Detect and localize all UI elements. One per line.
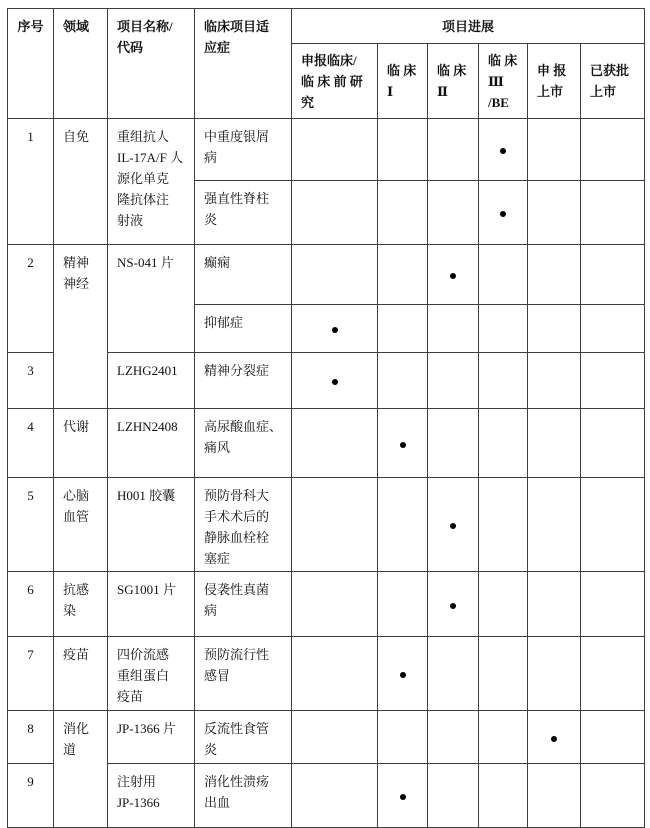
cell-stage-1 — [378, 711, 428, 764]
cell-indication: 消化性溃疡 出血 — [195, 764, 292, 828]
cell-stage-1 — [378, 181, 428, 245]
cell-stage-2 — [428, 353, 479, 409]
cell-stage-4 — [528, 637, 581, 711]
cell-indication: 精神分裂症 — [195, 353, 292, 409]
cell-name: LZHG2401 — [108, 353, 195, 409]
cell-stage-3 — [479, 181, 528, 245]
cell-stage-4 — [528, 119, 581, 181]
cell-indication: 高尿酸血症、 痛风 — [195, 409, 292, 478]
cell-stage-4 — [528, 245, 581, 305]
cell-name: 四价流感 重组蛋白 疫苗 — [108, 637, 195, 711]
cell-name: 注射用 JP-1366 — [108, 764, 195, 828]
cell-stage-5 — [581, 572, 645, 637]
cell-stage-3 — [479, 764, 528, 828]
cell-stage-2 — [428, 764, 479, 828]
cell-stage-2 — [428, 637, 479, 711]
cell-stage-5 — [581, 245, 645, 305]
cell-stage-5 — [581, 353, 645, 409]
cell-stage-4 — [528, 764, 581, 828]
header-stage-approved: 已获批 上市 — [581, 44, 645, 119]
cell-stage-1 — [378, 119, 428, 181]
cell-stage-3 — [479, 711, 528, 764]
cell-stage-0 — [292, 305, 378, 353]
cell-field: 代谢 — [54, 409, 108, 478]
cell-indication: 抑郁症 — [195, 305, 292, 353]
cell-stage-2 — [428, 305, 479, 353]
cell-stage-1 — [378, 478, 428, 572]
cell-stage-4 — [528, 572, 581, 637]
cell-name: JP-1366 片 — [108, 711, 195, 764]
cell-no: 6 — [8, 572, 54, 637]
cell-stage-5 — [581, 305, 645, 353]
cell-name: LZHN2408 — [108, 409, 195, 478]
progress-dot — [450, 603, 456, 609]
cell-stage-5 — [581, 478, 645, 572]
table-row: 5 心脑 血管 H001 胶囊 预防骨科大 手术术后的 静脉血栓栓 塞症 — [8, 478, 645, 572]
progress-dot — [400, 672, 406, 678]
table-row: 6 抗感 染 SG1001 片 侵袭性真菌 病 — [8, 572, 645, 637]
cell-no: 7 — [8, 637, 54, 711]
cell-stage-3 — [479, 119, 528, 181]
cell-stage-1 — [378, 245, 428, 305]
cell-stage-5 — [581, 637, 645, 711]
cell-stage-5 — [581, 409, 645, 478]
progress-dot — [500, 148, 506, 154]
cell-stage-3 — [479, 478, 528, 572]
progress-dot — [332, 379, 338, 385]
cell-indication: 预防流行性 感冒 — [195, 637, 292, 711]
cell-stage-0 — [292, 478, 378, 572]
header-stage-phase3-be: 临 床 Ⅲ /BE — [479, 44, 528, 119]
header-field: 领域 — [54, 9, 108, 119]
cell-no: 1 — [8, 119, 54, 245]
header-stage-nda: 申 报 上市 — [528, 44, 581, 119]
progress-dot — [400, 794, 406, 800]
header-stage-phase1: 临 床 Ⅰ — [378, 44, 428, 119]
cell-stage-2 — [428, 181, 479, 245]
cell-stage-0 — [292, 572, 378, 637]
cell-stage-0 — [292, 711, 378, 764]
progress-dot — [400, 442, 406, 448]
progress-dot — [500, 211, 506, 217]
cell-stage-0 — [292, 353, 378, 409]
table-row: 8 消化 道 JP-1366 片 反流性食管 炎 — [8, 711, 645, 764]
cell-stage-3 — [479, 245, 528, 305]
cell-stage-1 — [378, 305, 428, 353]
cell-stage-0 — [292, 181, 378, 245]
cell-stage-2 — [428, 409, 479, 478]
cell-indication: 反流性食管 炎 — [195, 711, 292, 764]
cell-indication: 强直性脊柱 炎 — [195, 181, 292, 245]
cell-field: 心脑 血管 — [54, 478, 108, 572]
cell-indication: 侵袭性真菌 病 — [195, 572, 292, 637]
document-page: 序号 领域 项目名称/ 代码 临床项目适 应症 项目进展 申报临床/ 临 床 前… — [0, 0, 650, 827]
header-no: 序号 — [8, 9, 54, 119]
cell-stage-3 — [479, 353, 528, 409]
cell-stage-4 — [528, 181, 581, 245]
pipeline-table: 序号 领域 项目名称/ 代码 临床项目适 应症 项目进展 申报临床/ 临 床 前… — [7, 8, 645, 828]
cell-stage-2 — [428, 478, 479, 572]
cell-stage-5 — [581, 764, 645, 828]
cell-stage-2 — [428, 119, 479, 181]
cell-name: 重组抗人 IL-17A/F 人 源化单克 隆抗体注 射液 — [108, 119, 195, 245]
progress-dot — [450, 273, 456, 279]
progress-dot — [450, 523, 456, 529]
table-row: 4 代谢 LZHN2408 高尿酸血症、 痛风 — [8, 409, 645, 478]
cell-stage-3 — [479, 305, 528, 353]
cell-stage-2 — [428, 572, 479, 637]
cell-no: 9 — [8, 764, 54, 828]
header-stage-preclinical: 申报临床/ 临 床 前 研 究 — [292, 44, 378, 119]
table-row: 1 自免 重组抗人 IL-17A/F 人 源化单克 隆抗体注 射液 中重度银屑 … — [8, 119, 645, 181]
cell-stage-1 — [378, 409, 428, 478]
cell-stage-5 — [581, 181, 645, 245]
cell-stage-4 — [528, 478, 581, 572]
header-stage-phase2: 临 床 Ⅱ — [428, 44, 479, 119]
cell-stage-5 — [581, 119, 645, 181]
cell-stage-3 — [479, 409, 528, 478]
cell-name: H001 胶囊 — [108, 478, 195, 572]
cell-stage-1 — [378, 572, 428, 637]
cell-stage-5 — [581, 711, 645, 764]
cell-no: 8 — [8, 711, 54, 764]
header-progress: 项目进展 — [292, 9, 645, 44]
cell-no: 4 — [8, 409, 54, 478]
cell-no: 5 — [8, 478, 54, 572]
cell-stage-4 — [528, 353, 581, 409]
cell-stage-4 — [528, 409, 581, 478]
cell-field: 疫苗 — [54, 637, 108, 711]
cell-stage-1 — [378, 353, 428, 409]
cell-stage-4 — [528, 305, 581, 353]
cell-field: 抗感 染 — [54, 572, 108, 637]
header-name: 项目名称/ 代码 — [108, 9, 195, 119]
cell-field: 自免 — [54, 119, 108, 245]
cell-name: NS-041 片 — [108, 245, 195, 353]
cell-no: 2 — [8, 245, 54, 353]
cell-name: SG1001 片 — [108, 572, 195, 637]
cell-field: 精神 神经 — [54, 245, 108, 409]
cell-stage-3 — [479, 572, 528, 637]
cell-indication: 预防骨科大 手术术后的 静脉血栓栓 塞症 — [195, 478, 292, 572]
cell-stage-2 — [428, 711, 479, 764]
cell-field: 消化 道 — [54, 711, 108, 828]
cell-stage-0 — [292, 637, 378, 711]
cell-stage-0 — [292, 764, 378, 828]
cell-stage-4 — [528, 711, 581, 764]
header-indication: 临床项目适 应症 — [195, 9, 292, 119]
progress-dot — [332, 327, 338, 333]
cell-indication: 中重度银屑 病 — [195, 119, 292, 181]
table-row: 7 疫苗 四价流感 重组蛋白 疫苗 预防流行性 感冒 — [8, 637, 645, 711]
cell-stage-1 — [378, 764, 428, 828]
cell-stage-3 — [479, 637, 528, 711]
progress-dot — [551, 736, 557, 742]
cell-stage-0 — [292, 409, 378, 478]
table-row: 2 精神 神经 NS-041 片 癫痫 — [8, 245, 645, 305]
cell-stage-2 — [428, 245, 479, 305]
cell-no: 3 — [8, 353, 54, 409]
cell-stage-1 — [378, 637, 428, 711]
cell-stage-0 — [292, 119, 378, 181]
cell-indication: 癫痫 — [195, 245, 292, 305]
cell-stage-0 — [292, 245, 378, 305]
